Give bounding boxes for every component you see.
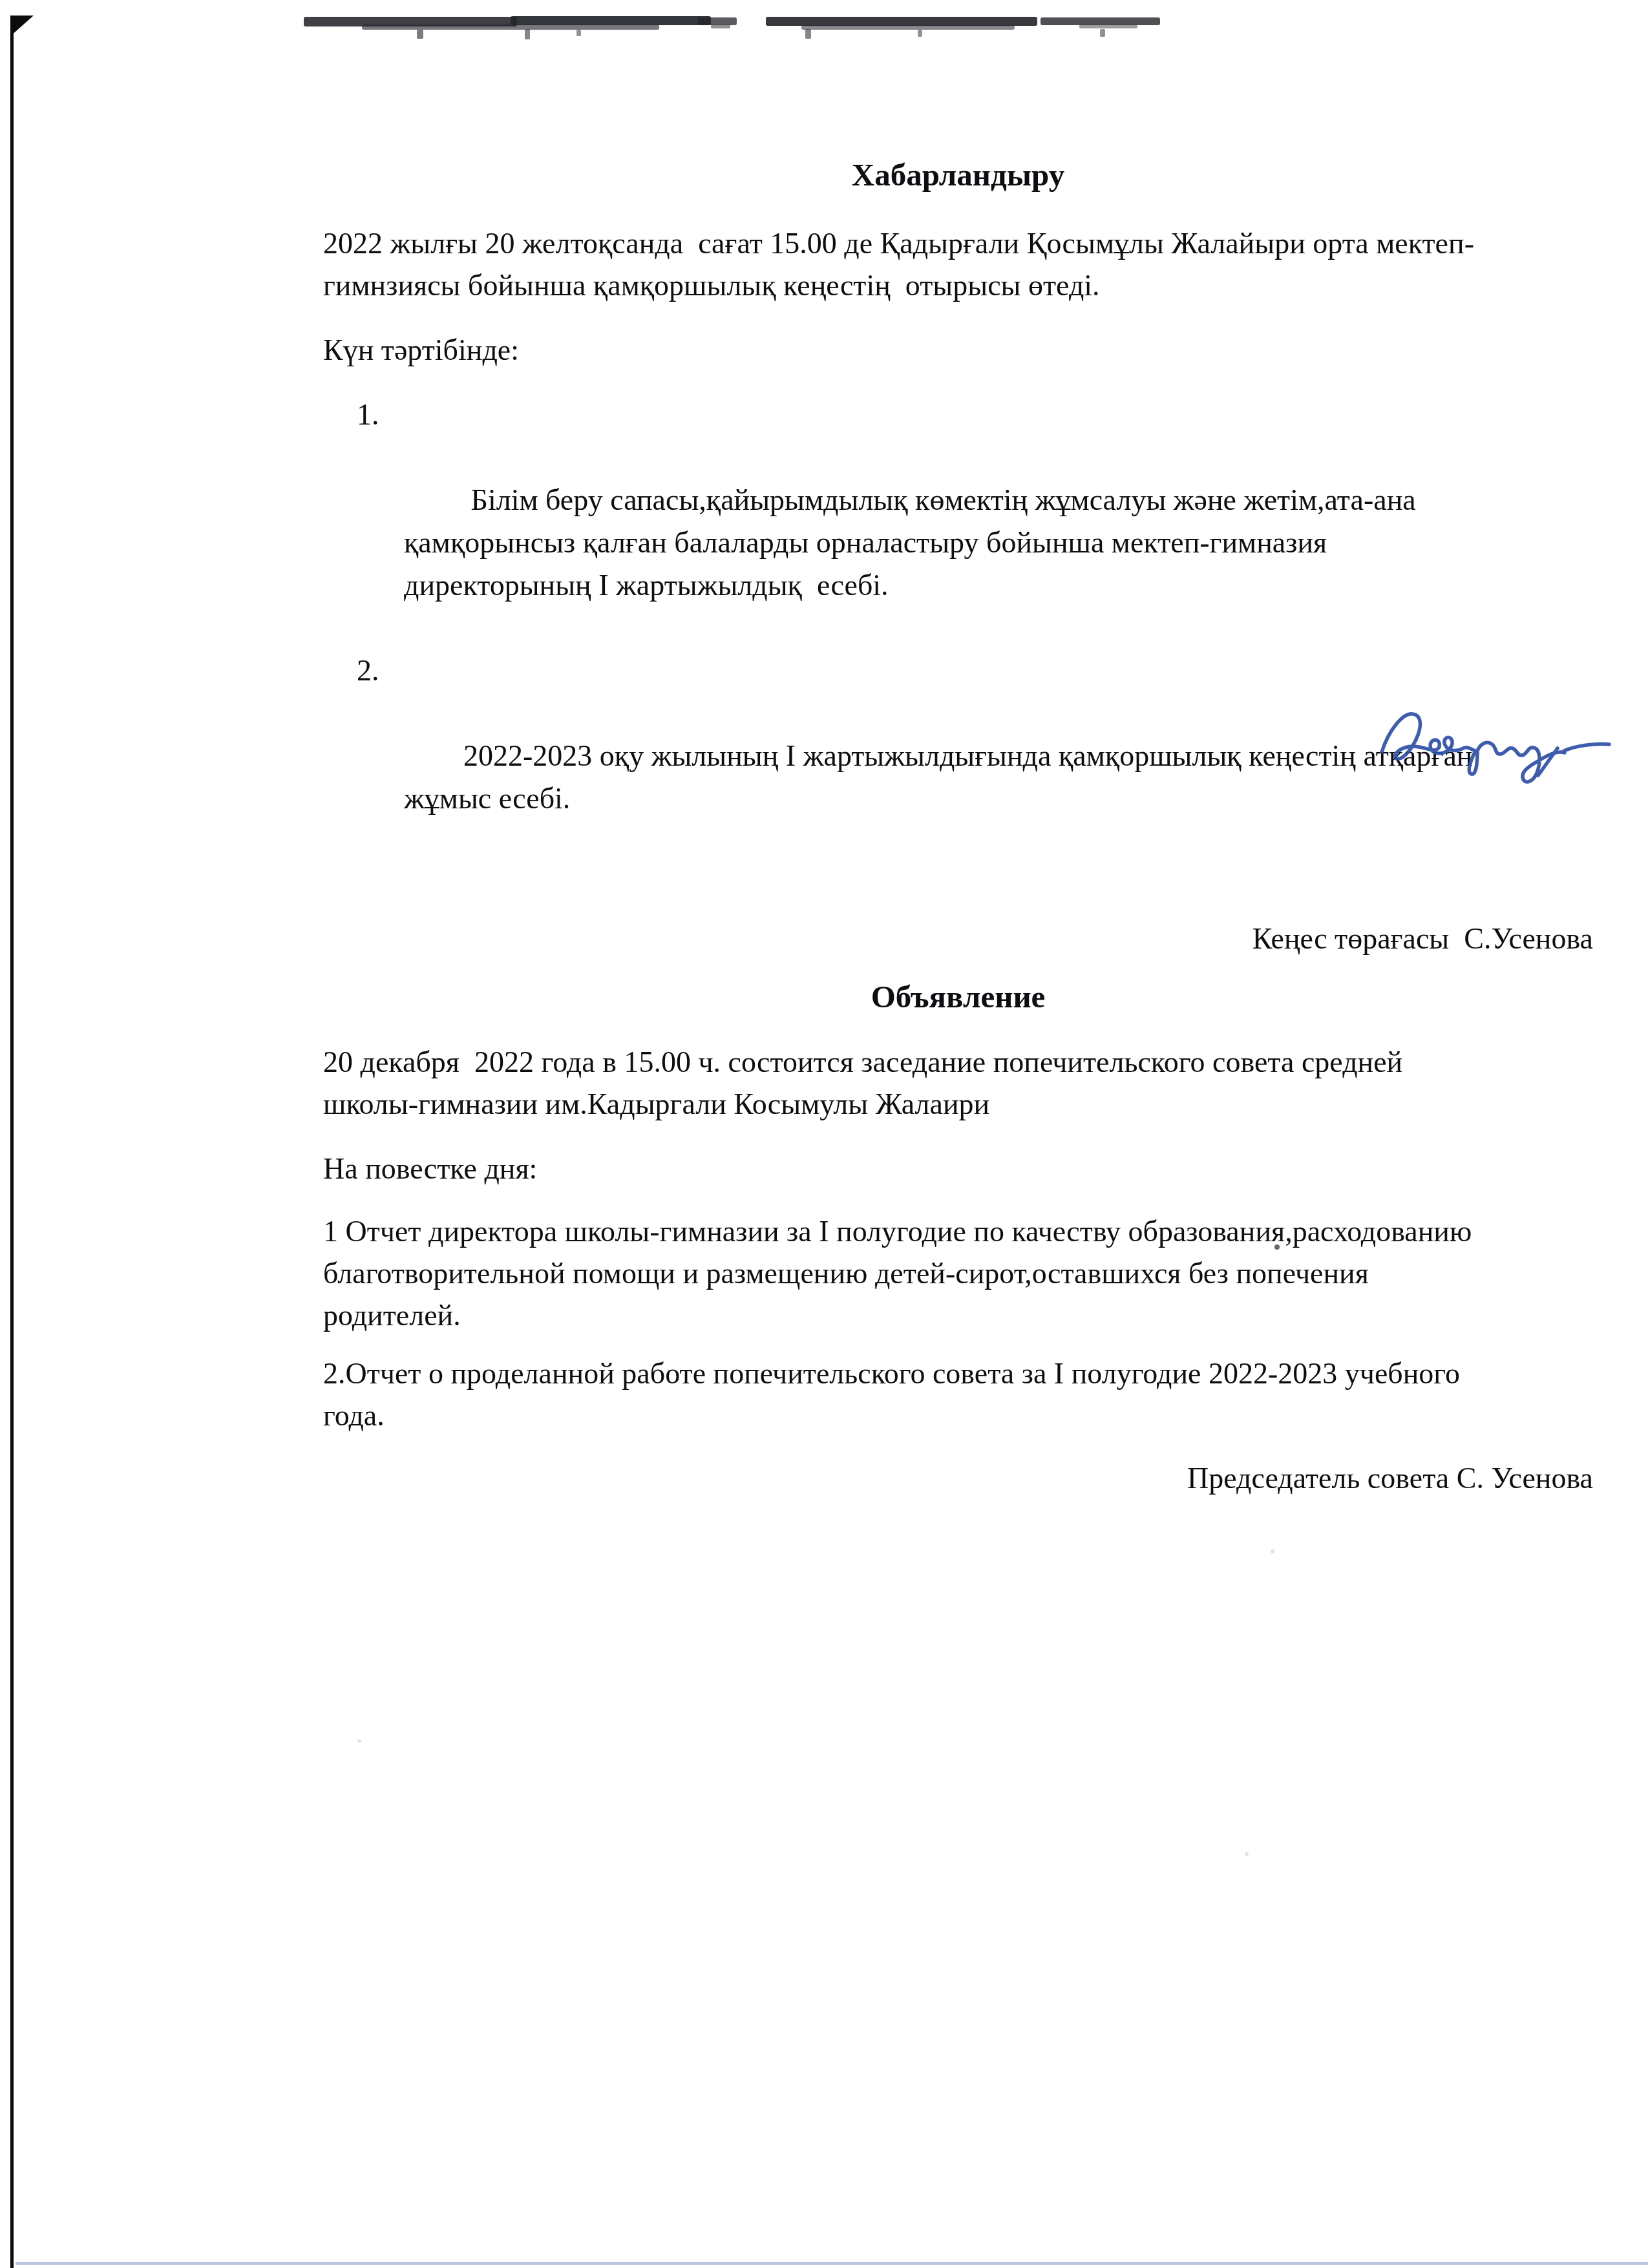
russian-signoff-line: Председатель совета С. Усенова [323,1457,1593,1499]
russian-intro-paragraph: 20 декабря 2022 года в 15.00 ч. состоитс… [323,1041,1593,1125]
list-item-number: 1. [357,394,379,436]
russian-agenda-item-2: 2.Отчет о проделанной работе попечительс… [323,1352,1593,1436]
kazakh-agenda-list: 1. Білім беру сапасы,қайырымдылық көмект… [323,394,1593,863]
russian-agenda-label: На повестке дня: [323,1148,1593,1190]
scanned-document-page: Хабарландыру 2022 жылғы 20 желтоқсанда с… [0,0,1648,2268]
kazakh-intro-paragraph: 2022 жылғы 20 желтоқсанда сағат 15.00 де… [323,222,1593,306]
scanner-bottom-edge-line [16,2262,1648,2265]
list-item-number: 2. [357,649,379,692]
russian-agenda-item-1: 1 Отчет директора школы-гимназии за I по… [323,1210,1593,1336]
kazakh-signoff-line: Кеңес төрағасы С.Усенова [323,918,1593,960]
kazakh-agenda-item-1: 1. Білім беру сапасы,қайырымдылық көмект… [323,394,1593,649]
scan-speck [1271,1549,1274,1553]
scan-speck [1245,1852,1249,1856]
scanner-left-edge-line [10,16,14,2268]
scanner-smudge-band-icon [284,13,1189,47]
document-body: Хабарландыру 2022 жылғы 20 желтоқсанда с… [323,154,1593,1499]
handwritten-signature-icon [1375,693,1613,790]
stray-ink-dot [1274,1244,1280,1250]
list-item-text: 2022-2023 оқу жылының I жартыжылдығында … [404,739,1472,815]
list-item-text: Білім беру сапасы,қайырымдылық көмектің … [404,483,1416,602]
kazakh-agenda-label: Күн тәртібінде: [323,329,1593,371]
kazakh-announcement-title: Хабарландыру [323,154,1593,196]
scan-speck [357,1739,361,1743]
russian-announcement-title: Объявление [323,976,1593,1018]
scanner-corner-fold-mark [10,16,34,36]
